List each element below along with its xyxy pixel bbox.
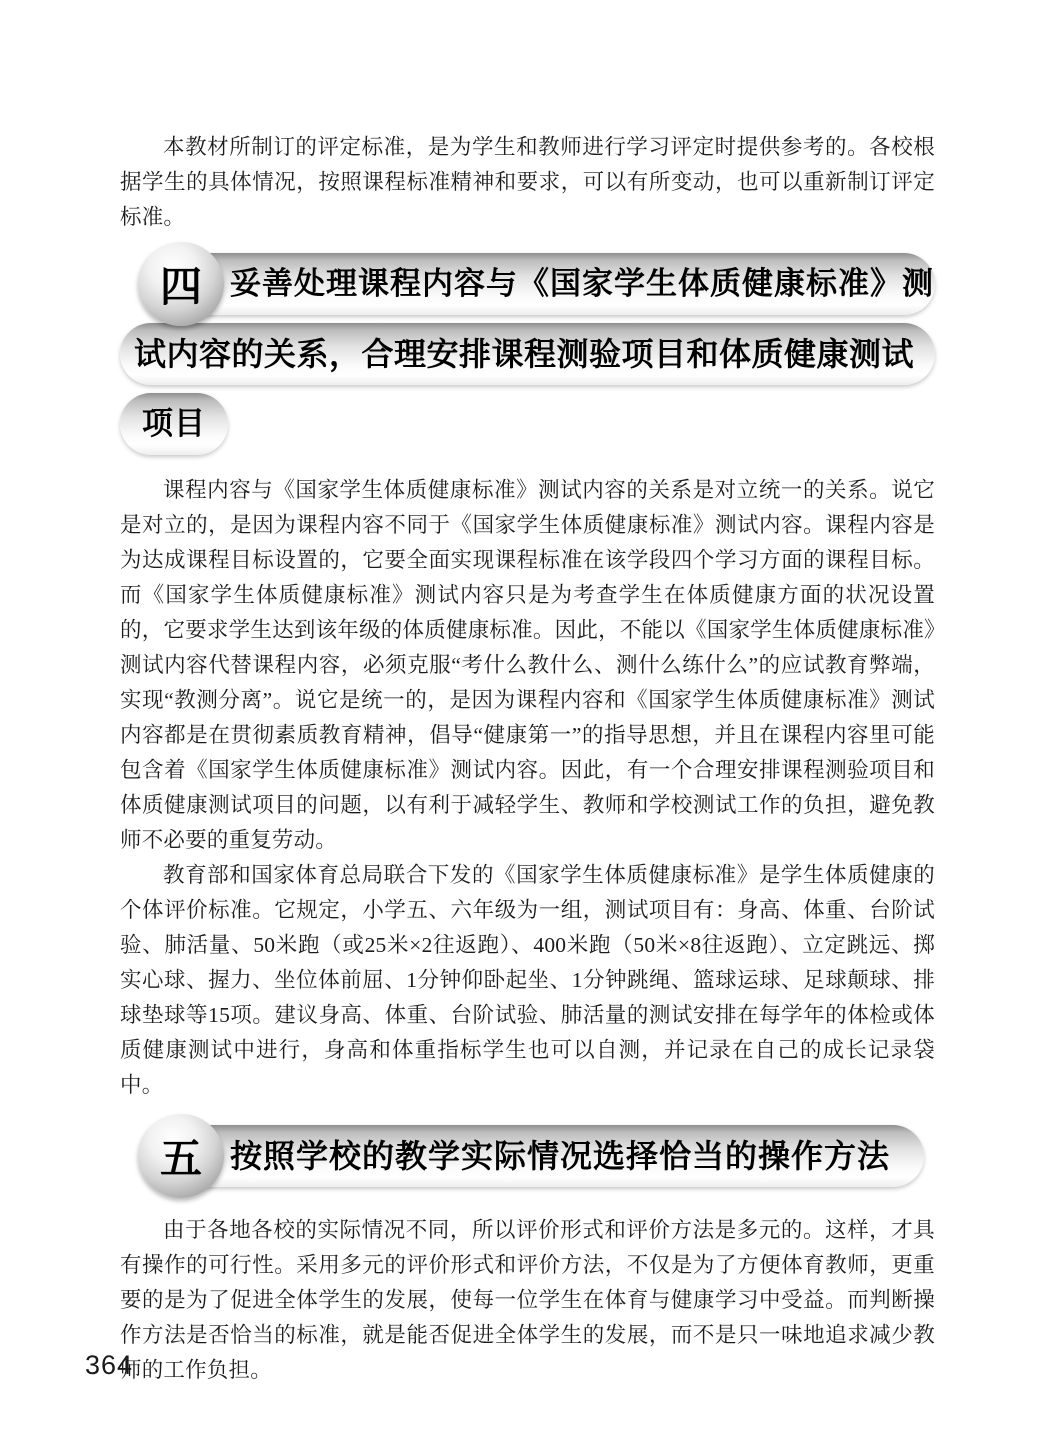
section-4-heading: 四 妥善处理课程内容与《国家学生体质健康标准》测 试内容的关系，合理安排课程测验…	[120, 253, 935, 455]
section-5-title: 按照学校的教学实际情况选择恰当的操作方法	[155, 1125, 924, 1187]
section-5-number-badge: 五	[138, 1114, 224, 1198]
section-4-heading-row-3: 项目	[120, 393, 935, 455]
document-page: 本教材所制订的评定标准，是为学生和教师进行学习评定时提供参考的。各校根据学生的具…	[0, 0, 1038, 1452]
section-4-paragraph-2: 教育部和国家体育总局联合下发的《国家学生体质健康标准》是学生体质健康的个体评价标…	[120, 858, 935, 1103]
section-4-title-line-1: 妥善处理课程内容与《国家学生体质健康标准》测	[155, 253, 935, 315]
section-5-heading: 五 按照学校的教学实际情况选择恰当的操作方法	[120, 1125, 935, 1187]
section-4-title-line-2: 试内容的关系，合理安排课程测验项目和体质健康测试	[120, 323, 935, 385]
section-4-title-line-3: 项目	[120, 393, 228, 455]
intro-paragraph: 本教材所制订的评定标准，是为学生和教师进行学习评定时提供参考的。各校根据学生的具…	[120, 130, 935, 235]
section-4-heading-row-1: 四 妥善处理课程内容与《国家学生体质健康标准》测	[120, 253, 935, 315]
section-4-number-badge: 四	[138, 242, 224, 326]
section-4-paragraph-1: 课程内容与《国家学生体质健康标准》测试内容的关系是对立统一的关系。说它是对立的，…	[120, 473, 935, 858]
section-4-heading-row-2: 试内容的关系，合理安排课程测验项目和体质健康测试	[120, 323, 935, 385]
section-5-paragraph-1: 由于各地各校的实际情况不同，所以评价形式和评价方法是多元的。这样，才具有操作的可…	[120, 1213, 935, 1388]
page-number: 364	[85, 1350, 133, 1381]
